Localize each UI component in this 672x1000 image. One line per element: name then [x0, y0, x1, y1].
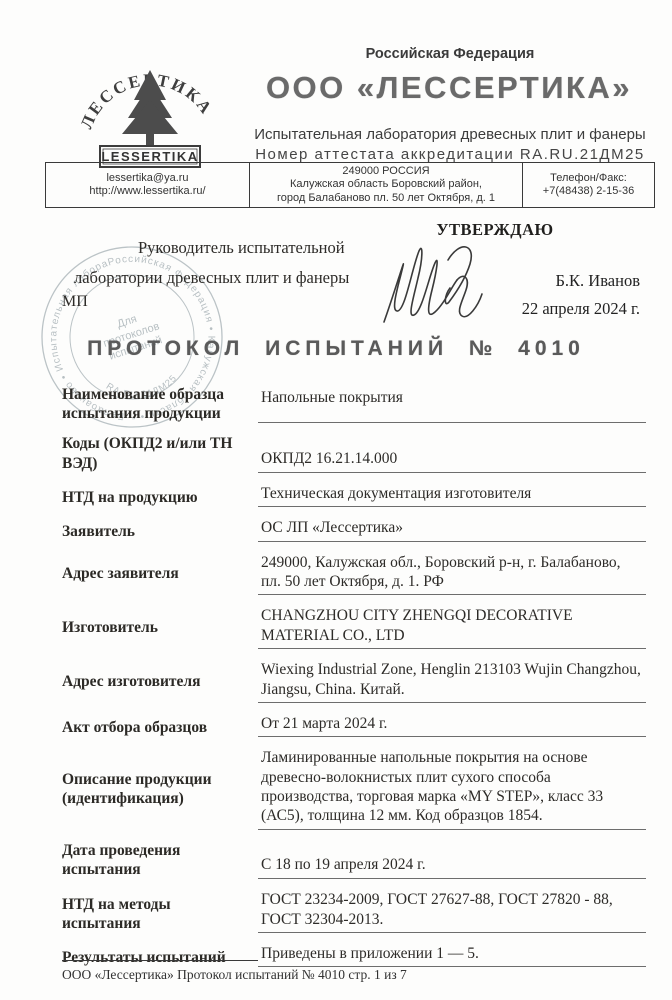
- field-label: Коды (ОКПД2 и/или ТН ВЭД): [62, 434, 258, 472]
- document-page: ЛЕССЕРТИКА LESSERTIKA Российская Федерац…: [0, 0, 672, 1000]
- lab-name: Испытательная лаборатория древесных плит…: [245, 126, 655, 143]
- field-row: НТД на продукцию Техническая документаци…: [62, 484, 646, 507]
- field-row: НТД на методы испытания ГОСТ 23234-2009,…: [62, 890, 646, 933]
- field-row: Адрес заявителя 249000, Калужская обл., …: [62, 553, 646, 596]
- contact-phone-cell: Телефон/Факс: +7(48438) 2-15-36: [523, 163, 655, 208]
- field-row: Наименование образца испытания продукции…: [62, 385, 646, 423]
- phone-label: Телефон/Факс:: [527, 172, 650, 185]
- accreditation-number: Номер аттестата аккредитации RA.RU.21ДМ2…: [245, 146, 655, 163]
- field-row: Изготовитель CHANGZHOU CITY ZHENGQI DECO…: [62, 606, 646, 649]
- email: lessertika@ya.ru: [50, 172, 245, 185]
- approver-block: Б.К. Иванов 22 апреля 2024 г.: [470, 267, 640, 323]
- footer-text: ООО «Лессертика» Протокол испытаний № 40…: [62, 967, 622, 983]
- approver-title-line2: лаборатории древесных плит и фанеры: [74, 268, 349, 288]
- address-line3: город Балабаново пл. 50 лет Октября, д. …: [254, 192, 518, 205]
- phone-number: +7(48438) 2-15-36: [527, 185, 650, 198]
- field-value: С 18 по 19 апреля 2024 г.: [258, 855, 646, 879]
- field-value: Напольные покрытия: [258, 388, 646, 423]
- field-value: Техническая документация изготовителя: [258, 484, 646, 507]
- field-label: НТД на методы испытания: [62, 895, 258, 933]
- field-value: 249000, Калужская обл., Боровский р-н, г…: [258, 553, 646, 596]
- approver-name: Б.К. Иванов: [470, 267, 640, 295]
- field-value: ОКПД2 16.21.14.000: [258, 449, 646, 473]
- field-row: Заявитель ОС ЛП «Лессертика»: [62, 518, 646, 541]
- field-label: НТД на продукцию: [62, 488, 258, 507]
- contact-table: lessertika@ya.ru http://www.lessertika.r…: [45, 162, 655, 208]
- contact-email-cell: lessertika@ya.ru http://www.lessertika.r…: [46, 163, 250, 208]
- company-logo: ЛЕССЕРТИКА LESSERTIKA: [74, 54, 226, 168]
- field-row: Описание продукции (идентификация) Ламин…: [62, 748, 646, 830]
- field-row: Дата проведения испытания С 18 по 19 апр…: [62, 841, 646, 879]
- fields: Наименование образца испытания продукции…: [62, 385, 646, 978]
- field-row: Акт отбора образцов От 21 марта 2024 г.: [62, 714, 646, 737]
- footer-rule: [62, 960, 258, 961]
- field-value: ГОСТ 23234-2009, ГОСТ 27627-88, ГОСТ 278…: [258, 890, 646, 933]
- field-value: Ламинированные напольные покрытия на осн…: [258, 748, 646, 830]
- field-label: Адрес заявителя: [62, 564, 258, 583]
- field-label: Дата проведения испытания: [62, 841, 258, 879]
- field-label: Наименование образца испытания продукции: [62, 385, 258, 423]
- field-value: Wiexing Industrial Zone, Henglin 213103 …: [258, 660, 646, 703]
- website: http://www.lessertika.ru/: [50, 185, 245, 198]
- header-country: Российская Федерация: [245, 46, 655, 62]
- field-label: Заявитель: [62, 522, 258, 541]
- field-value: От 21 марта 2024 г.: [258, 714, 646, 737]
- field-label: Адрес изготовителя: [62, 672, 258, 691]
- field-row: Коды (ОКПД2 и/или ТН ВЭД) ОКПД2 16.21.14…: [62, 434, 646, 472]
- page-footer: ООО «Лессертика» Протокол испытаний № 40…: [62, 960, 622, 983]
- field-value: CHANGZHOU CITY ZHENGQI DECORATIVE MATERI…: [258, 606, 646, 649]
- field-label: Изготовитель: [62, 618, 258, 637]
- address-line1: 249000 РОССИЯ: [254, 165, 518, 178]
- contact-address-cell: 249000 РОССИЯ Калужская область Боровски…: [250, 163, 523, 208]
- field-label: Описание продукции (идентификация): [62, 770, 258, 808]
- address-line2: Калужская область Боровский район,: [254, 178, 518, 191]
- page-title: ПРОТОКОЛ ИСПЫТАНИЙ № 4010: [0, 337, 672, 361]
- company-name: ООО «ЛЕССЕРТИКА»: [240, 70, 658, 106]
- approval-date: 22 апреля 2024 г.: [470, 295, 640, 323]
- mp-mark: МП: [62, 293, 88, 311]
- approver-title-line1: Руководитель испытательной: [138, 238, 345, 258]
- field-label: Акт отбора образцов: [62, 718, 258, 737]
- field-row: Адрес изготовителя Wiexing Industrial Zo…: [62, 660, 646, 703]
- field-value: ОС ЛП «Лессертика»: [258, 518, 646, 541]
